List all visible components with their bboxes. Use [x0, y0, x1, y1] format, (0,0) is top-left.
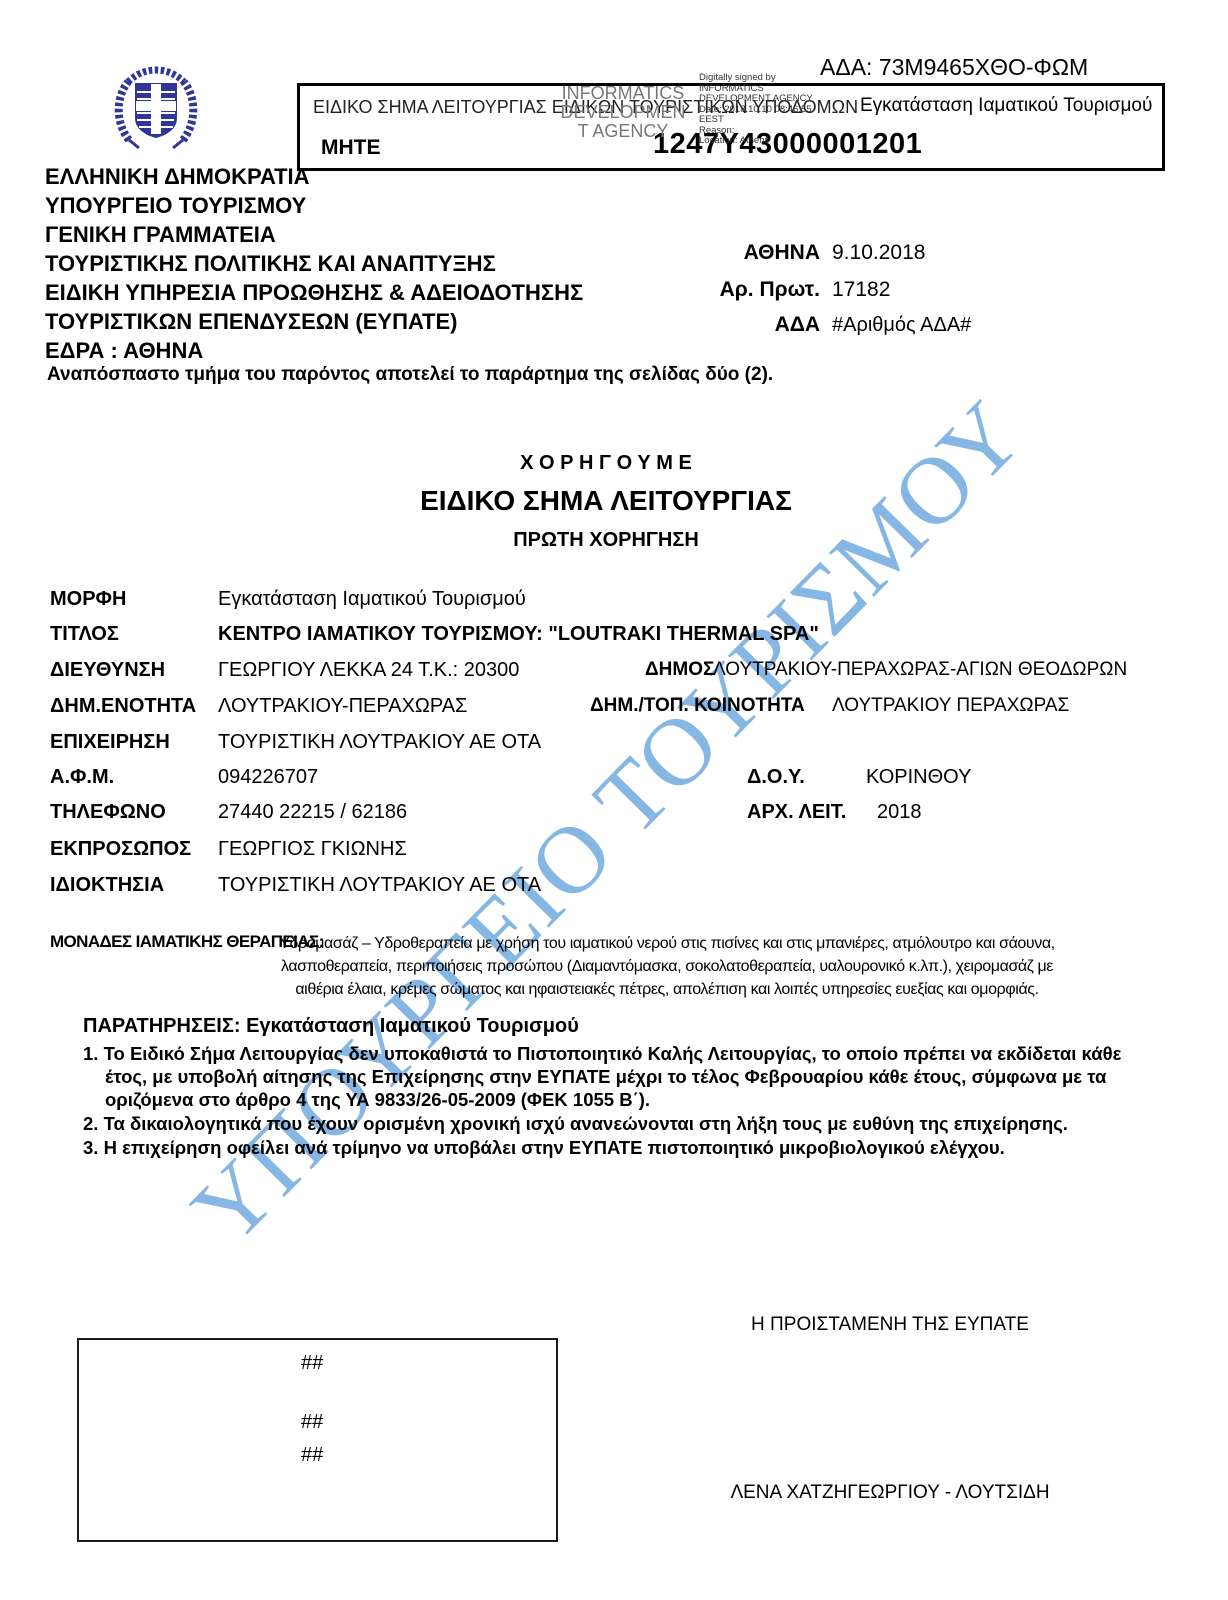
document-page: ΥΠΟΥΡΓΕΙΟ ΤΟΥΡΙΣΜΟΥ ΑΔΑ: 73Μ9465ΧΘΟ-ΦΩΜ [0, 0, 1228, 1600]
field-value-community: ΛΟΥΤΡΑΚΙΟΥ ΠΕΡΑΧΩΡΑΣ [832, 695, 1069, 717]
observation-item: 1. Το Ειδικό Σήμα Λειτουργίας δεν υποκαθ… [83, 1042, 1161, 1111]
protocol-label: Αρ. Πρωτ. [640, 278, 820, 302]
city-date-value: 9.10.2018 [832, 241, 925, 265]
observation-text: Τα δικαιολογητικά που έχουν ορισμένη χρο… [104, 1113, 1068, 1134]
field-value-doy: ΚΟΡΙΝΘΟΥ [866, 766, 971, 789]
stamp-detail-line: EEST [699, 115, 813, 126]
ministry-line: ΤΟΥΡΙΣΤΙΚΩΝ ΕΠΕΝΔΥΣΕΩΝ (ΕΥΠΑΤΕ) [45, 307, 583, 336]
city-date-label: ΑΘΗΝΑ [640, 241, 820, 265]
digital-signature-agency: INFORMATICS DEVELOPMEN T AGENCY [543, 84, 703, 141]
field-value-company: ΤΟΥΡΙΣΤΙΚΗ ΛΟΥΤΡΑΚΙΟΥ ΑΕ ΟΤΑ [218, 731, 541, 754]
observation-number: 2. [83, 1113, 98, 1134]
registry-category: Εγκατάσταση Ιαματικού Τουρισμού [860, 95, 1152, 117]
registry-box: ΕΙΔΙΚΟ ΣΗΜΑ ΛΕΙΤΟΥΡΓΙΑΣ ΕΙΔΙΚΩΝ ΤΟΥΡΙΣΤΙ… [297, 83, 1165, 171]
field-value-ownership: ΤΟΥΡΙΣΤΙΚΗ ΛΟΥΤΡΑΚΙΟΥ ΑΕ ΟΤΑ [218, 874, 541, 897]
field-value-municipality: ΛΟΥΤΡΑΚΙΟΥ-ΠΕΡΑΧΩΡΑΣ-ΑΓΙΩΝ ΘΕΟΔΩΡΩΝ [713, 659, 1127, 681]
field-label-community: ΔΗΜ./ΤΟΠ. ΚΟΙΝΟΤΗΤΑ [590, 695, 805, 717]
observation-text: Η επιχείρηση οφείλει ανά τρίμηνο να υποβ… [104, 1137, 1005, 1158]
stamp-agency-line: INFORMATICS [543, 84, 703, 103]
field-value-municipal-unit: ΛΟΥΤΡΑΚΙΟΥ-ΠΕΡΑΧΩΡΑΣ [218, 695, 467, 718]
field-value-start-year: 2018 [877, 801, 922, 824]
grant-subtitle: ΠΡΩΤΗ ΧΟΡΗΓΗΣΗ [0, 529, 1212, 552]
field-label-phone: ΤΗΛΕΦΩΝΟ [50, 801, 166, 824]
field-value-phone: 27440 22215 / 62186 [218, 801, 407, 824]
stamp-detail-line: Location: Athens [699, 136, 813, 147]
ada-number-top: ΑΔΑ: 73Μ9465ΧΘΟ-ΦΩΜ [820, 54, 1088, 81]
field-label-company: ΕΠΙΧΕΙΡΗΣΗ [50, 731, 170, 754]
ministry-line: ΕΙΔΙΚΗ ΥΠΗΡΕΣΙΑ ΠΡΟΩΘΗΣΗΣ & ΑΔΕΙΟΔΟΤΗΣΗΣ [45, 278, 583, 307]
ministry-line: ΕΔΡΑ : ΑΘΗΝΑ [45, 336, 583, 365]
mite-label: ΜΗΤΕ [321, 136, 381, 160]
field-label-afm: Α.Φ.Μ. [50, 766, 114, 789]
intro-note: Αναπόσπαστο τμήμα του παρόντος αποτελεί … [47, 364, 773, 386]
ministry-line: ΤΟΥΡΙΣΤΙΚΗΣ ΠΟΛΙΤΙΚΗΣ ΚΑΙ ΑΝΑΠΤΥΞΗΣ [45, 249, 583, 278]
field-label-municipality: ΔΗΜΟΣ [645, 659, 714, 681]
field-value-titlos: ΚΕΝΤΡΟ ΙΑΜΑΤΙΚΟΥ ΤΟΥΡΙΣΜΟΥ: "LOUTRAKI TH… [218, 623, 819, 646]
ministry-line: ΥΠΟΥΡΓΕΙΟ ΤΟΥΡΙΣΜΟΥ [45, 191, 583, 220]
ministry-header: ΕΛΛΗΝΙΚΗ ΔΗΜΟΚΡΑΤΙΑ ΥΠΟΥΡΓΕΙΟ ΤΟΥΡΙΣΜΟΥ … [45, 162, 583, 365]
field-label-morfi: ΜΟΡΦΗ [50, 588, 126, 611]
field-label-start-year: ΑΡΧ. ΛΕΙΤ. [747, 801, 846, 824]
observation-number: 1. [83, 1043, 98, 1064]
observation-item: 3. Η επιχείρηση οφείλει ανά τρίμηνο να υ… [83, 1136, 1161, 1159]
ministry-line: ΓΕΝΙΚΗ ΓΡΑΜΜΑΤΕΙΑ [45, 220, 583, 249]
field-label-ownership: ΙΔΙΟΚΤΗΣΙΑ [50, 874, 164, 897]
field-label-municipal-unit: ΔΗΜ.ΕΝΟΤΗΤΑ [50, 695, 196, 718]
document-content: ΑΔΑ: 73Μ9465ΧΘΟ-ΦΩΜ ΕΛΛΗΝΙΚΗ ΔΗΜΟΚΡΑΤΙΑ … [0, 0, 1228, 1600]
ada-label: ΑΔΑ [640, 313, 820, 337]
field-label-address: ΔΙΕΥΘΥΝΣΗ [50, 659, 165, 682]
observations-heading: ΠΑΡΑΤΗΡΗΣΕΙΣ: Εγκατάσταση Ιαματικού Τουρ… [83, 1015, 579, 1038]
placeholder-mark: ## [301, 1444, 323, 1467]
field-label-representative: ΕΚΠΡΟΣΩΠΟΣ [50, 838, 191, 861]
stamp-agency-line: DEVELOPMEN [543, 103, 703, 122]
field-label-doy: Δ.Ο.Υ. [747, 766, 805, 789]
field-value-morfi: Εγκατάσταση Ιαματικού Τουρισμού [218, 588, 526, 611]
signature-title: Η ΠΡΟΙΣΤΑΜΕΝΗ ΤΗΣ ΕΥΠΑΤΕ [705, 1314, 1075, 1336]
stamp-detail-line: Digitally signed by [699, 73, 813, 84]
field-label-titlos: ΤΙΤΛΟΣ [50, 623, 119, 646]
grant-heading: Χ Ο Ρ Η Γ Ο Υ Μ Ε [0, 452, 1212, 475]
stamp-detail-line: DEVELOPMENT AGENCY [699, 94, 813, 105]
stamp-placeholder-box: ## ## ## [77, 1338, 558, 1542]
field-value-representative: ΓΕΩΡΓΙΟΣ ΓΚΙΩΝΗΣ [218, 838, 407, 861]
observations-list: 1. Το Ειδικό Σήμα Λειτουργίας δεν υποκαθ… [83, 1042, 1161, 1160]
placeholder-mark: ## [301, 1352, 323, 1375]
protocol-value: 17182 [832, 278, 890, 302]
signature-name: ΛΕΝΑ ΧΑΤΖΗΓΕΩΡΓΙΟΥ - ΛΟΥΤΣΙΔΗ [705, 1482, 1075, 1504]
observation-number: 3. [83, 1137, 98, 1158]
field-value-afm: 094226707 [218, 766, 318, 789]
grant-title: ΕΙΔΙΚΟ ΣΗΜΑ ΛΕΙΤΟΥΡΓΙΑΣ [0, 485, 1212, 517]
therapy-units-text: Υδρομασάζ – Υδροθεραπεία με χρήση του ια… [262, 932, 1072, 1001]
digital-signature-details: Digitally signed by INFORMATICS DEVELOPM… [699, 73, 813, 147]
stamp-agency-line: T AGENCY [543, 122, 703, 141]
observation-text: Το Ειδικό Σήμα Λειτουργίας δεν υποκαθιστ… [104, 1043, 1122, 1110]
placeholder-mark: ## [301, 1411, 323, 1434]
greek-coat-of-arms-icon [110, 66, 202, 156]
observation-item: 2. Τα δικαιολογητικά που έχουν ορισμένη … [83, 1112, 1161, 1135]
field-value-address: ΓΕΩΡΓΙΟΥ ΛΕΚΚΑ 24 Τ.Κ.: 20300 [218, 659, 519, 682]
ada-placeholder-value: #Αριθμός ΑΔΑ# [832, 314, 971, 337]
